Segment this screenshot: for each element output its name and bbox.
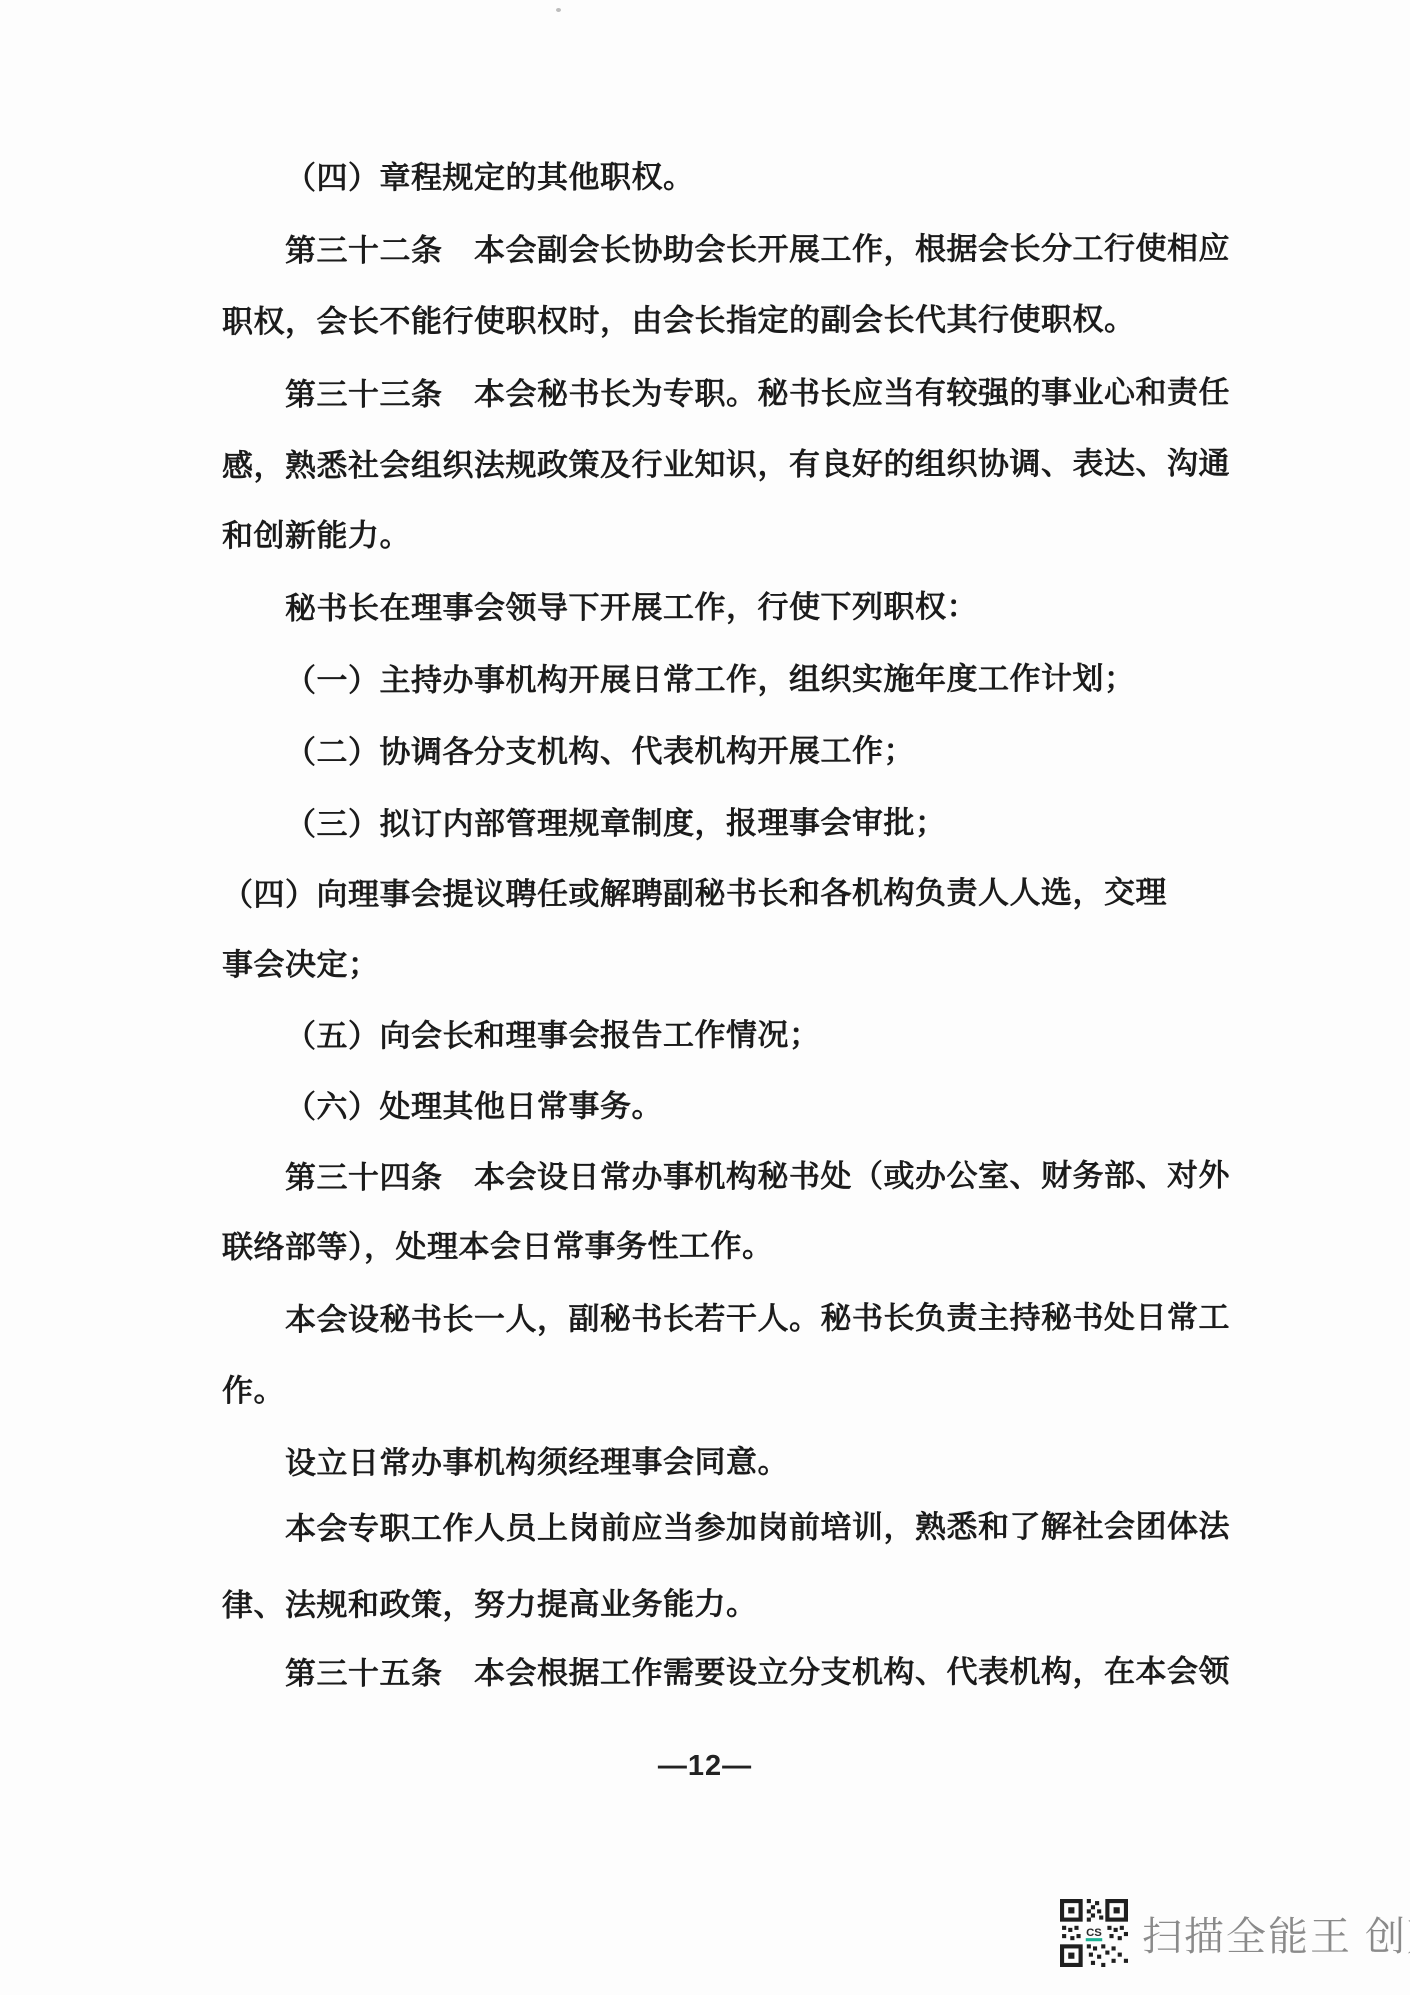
page-number: —12—	[0, 1750, 1410, 1783]
doc-line: 律、法规和政策，努力提高业务能力。	[222, 1586, 758, 1623]
doc-line: 第三十二条 本会副会长协助会长开展工作，根据会长分工行使相应	[222, 231, 1230, 270]
doc-line: 和创新能力。	[222, 518, 411, 554]
qr-code-icon: CS	[1060, 1899, 1128, 1967]
qr-cs-label: CS	[1086, 1927, 1102, 1939]
doc-line: 第三十四条 本会设日常办事机构秘书处（或办公室、财务部、对外	[222, 1158, 1230, 1197]
doc-line: 事会决定；	[222, 947, 380, 983]
scanned-document-page: （四）章程规定的其他职权。 第三十二条 本会副会长协助会长开展工作，根据会长分工…	[0, 0, 1410, 1995]
doc-line: （四）章程规定的其他职权。	[222, 159, 695, 196]
doc-line: 本会设秘书长一人，副秘书长若干人。秘书长负责主持秘书处日常工	[222, 1300, 1230, 1339]
doc-line: （三）拟订内部管理规章制度，报理事会审批；	[222, 805, 947, 843]
doc-line: 联络部等），处理本会日常事务性工作。	[222, 1228, 774, 1265]
doc-line: 作。	[222, 1373, 285, 1409]
doc-line: （五）向会长和理事会报告工作情况；	[222, 1017, 821, 1055]
scan-speck	[556, 8, 561, 12]
doc-line: 第三十三条 本会秘书长为专职。秘书长应当有较强的事业心和责任	[222, 375, 1230, 414]
doc-line: 感，熟悉社会组织法规政策及行业知识，有良好的组织协调、表达、沟通	[222, 446, 1230, 485]
doc-line: 设立日常办事机构须经理事会同意。	[222, 1444, 789, 1481]
doc-line: （二）协调各分支机构、代表机构开展工作；	[222, 733, 915, 771]
scan-speck	[430, 1596, 434, 1600]
doc-line: （一）主持办事机构开展日常工作，组织实施年度工作计划；	[222, 661, 1136, 699]
scanner-watermark: CS 扫描全能王 创建	[1060, 1898, 1410, 1968]
doc-line: 本会专职工作人员上岗前应当参加岗前培训，熟悉和了解社会团体法	[222, 1509, 1230, 1548]
doc-line: （六）处理其他日常事务。	[222, 1088, 663, 1125]
doc-line: （四）向理事会提议聘任或解聘副秘书长和各机构负责人人选，交理	[222, 875, 1167, 913]
doc-line: 秘书长在理事会领导下开展工作，行使下列职权：	[222, 589, 978, 627]
watermark-text: 扫描全能王 创建	[1142, 1905, 1410, 1962]
doc-line: 第三十五条 本会根据工作需要设立分支机构、代表机构，在本会领	[222, 1654, 1230, 1693]
doc-line: 职权，会长不能行使职权时，由会长指定的副会长代其行使职权。	[222, 302, 1136, 340]
